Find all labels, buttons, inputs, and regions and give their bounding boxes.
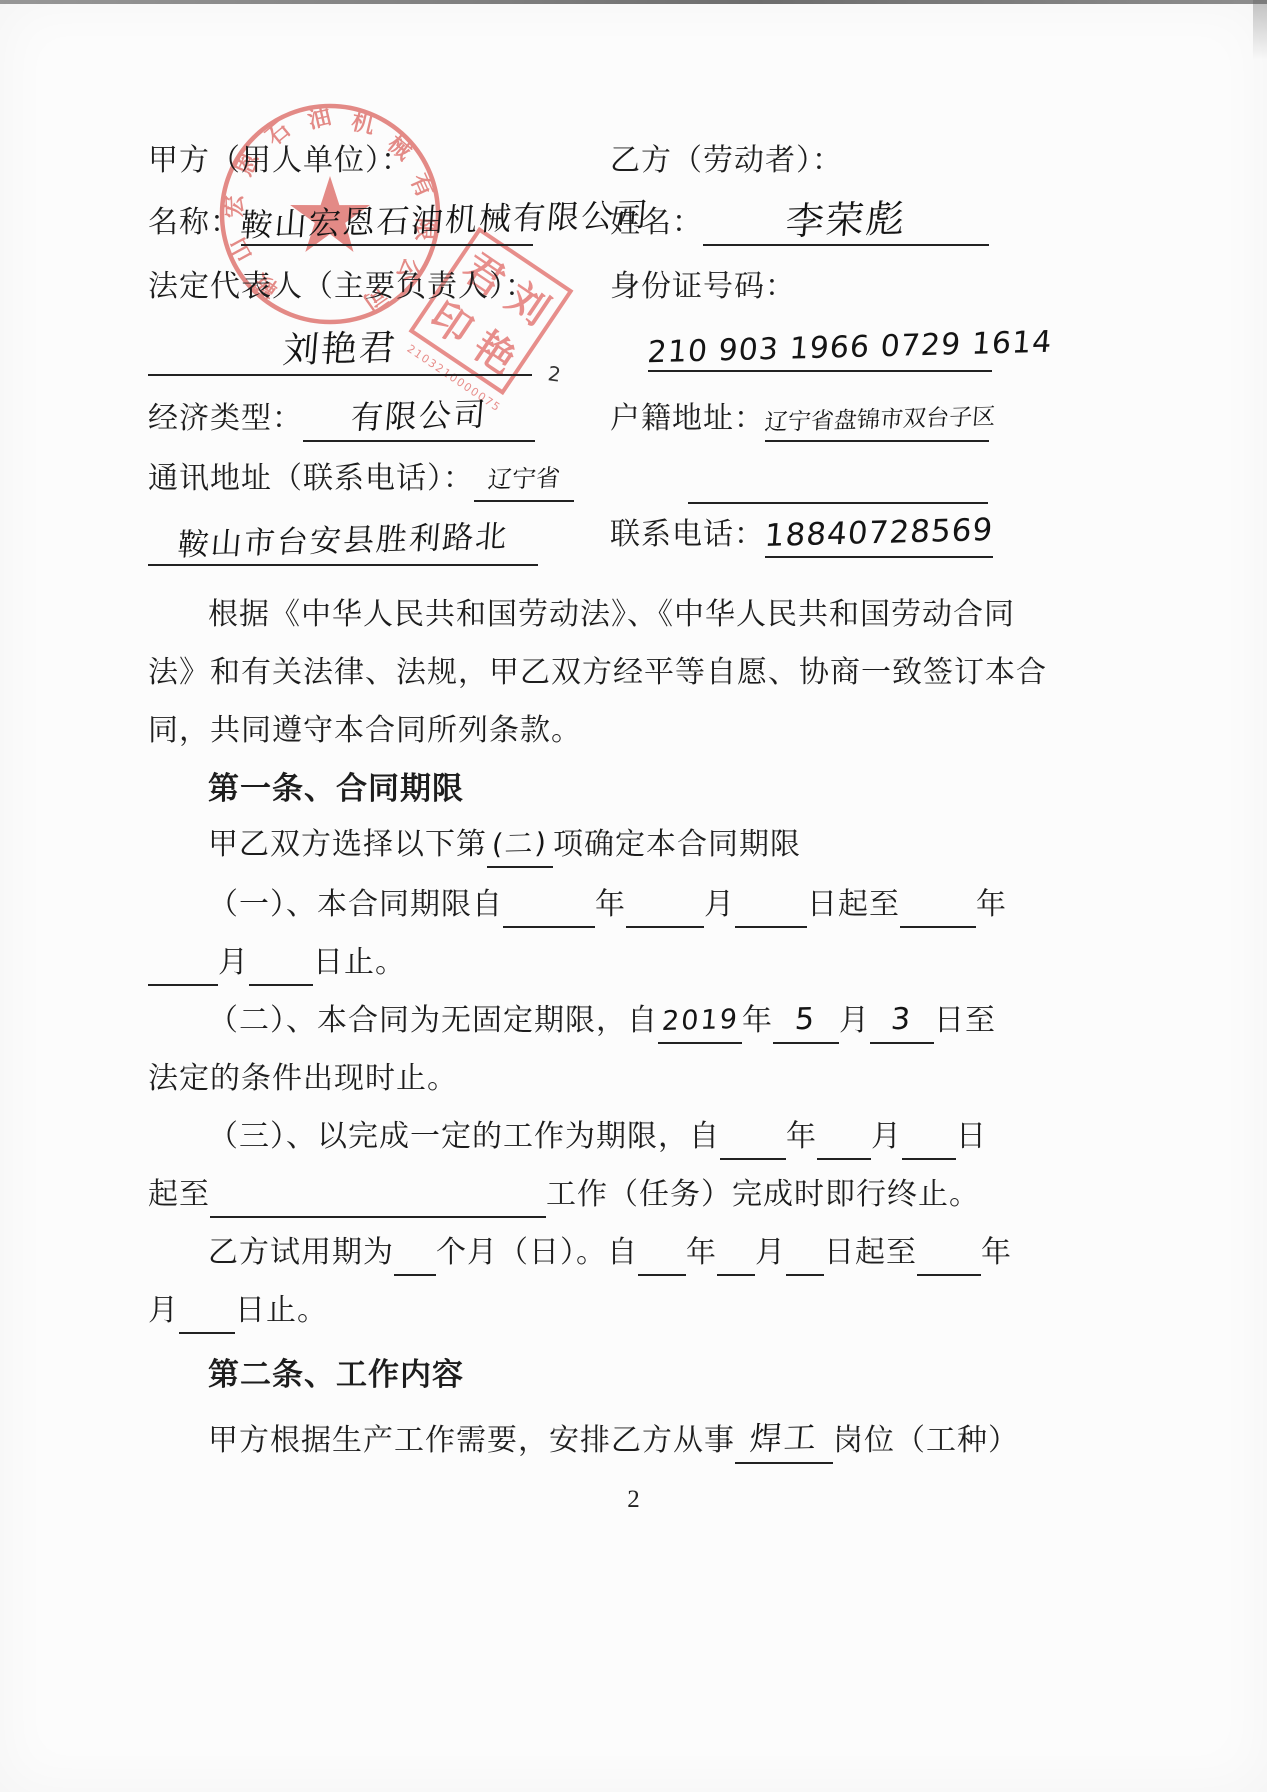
party-a-addr-value1: 辽宁省 <box>486 458 561 500</box>
party-b-name-blank: 李荣彪 <box>703 200 989 246</box>
item1-text: 年 <box>595 888 626 921</box>
preamble-line3: 同，共同遵守本合同所列条款。 <box>148 708 582 754</box>
article1-item2-line1: （二）、本合同为无固定期限，自2019年5月3日至 <box>208 998 996 1044</box>
item1-text: （一）、本合同期限自 <box>208 888 503 921</box>
party-a-rep-value: 刘艳君 <box>281 329 398 372</box>
party-b-phone-row: 联系电话：18840728569 <box>610 512 993 558</box>
probation-text: 月 <box>755 1236 786 1269</box>
seal-arc-char: 机 <box>349 109 377 140</box>
item1-text: 日止。 <box>313 946 406 979</box>
party-a-econ-row: 经济类型：有限公司 <box>148 396 535 442</box>
item2-year-blank: 2019 <box>658 998 742 1044</box>
party-b-phone-blank: 18840728569 <box>765 512 993 558</box>
party-b-residence-row2 <box>688 458 988 504</box>
probation-text: 个月（日）。自 <box>436 1236 638 1269</box>
probation-month-blank <box>717 1230 755 1276</box>
party-a-name-blank: 鞍山宏恩石油机械有限公司 <box>241 200 533 246</box>
probation-line1: 乙方试用期为个月（日）。自年月日起至年 <box>208 1230 1012 1276</box>
probation-text: 年 <box>981 1236 1012 1269</box>
item3-text: 月 <box>871 1120 902 1153</box>
party-b-residence-value: 辽宁省盘锦市双台子区 <box>763 397 997 443</box>
article1-select-row: 甲乙双方选择以下第(二)项确定本合同期限 <box>208 822 801 868</box>
item3-day-blank <box>902 1114 956 1160</box>
party-a-econ-blank: 有限公司 <box>303 396 535 442</box>
probation-line2: 月日止。 <box>148 1288 328 1334</box>
item1-text: 年 <box>976 888 1007 921</box>
article1-item1-line1: （一）、本合同期限自年月日起至年 <box>208 882 1007 928</box>
select-blank: (二) <box>487 822 553 868</box>
party-a-rep-blank: 刘艳君 <box>148 330 532 376</box>
party-a-econ-label: 经济类型： <box>148 402 303 435</box>
item3-text: 日 <box>956 1120 987 1153</box>
item3-task-blank <box>210 1172 546 1218</box>
item3-text: 工作（任务）完成时即行终止。 <box>546 1178 980 1211</box>
party-a-name-value: 鞍山宏恩石油机械有限公司 <box>239 195 651 246</box>
item2-text: 月 <box>839 1004 870 1037</box>
select-pre: 甲乙双方选择以下第 <box>208 828 487 861</box>
item3-month-blank <box>817 1114 871 1160</box>
pencil-mark: 2 <box>546 361 562 387</box>
party-a-addr-row2: 鞍山市台安县胜利路北 <box>148 520 538 566</box>
item1-month-blank <box>626 882 704 928</box>
preamble-line1: 根据《中华人民共和国劳动法》、《中华人民共和国劳动合同 <box>208 592 1015 638</box>
party-a-addr-value2: 鞍山市台安县胜利路北 <box>176 517 510 566</box>
select-post: 项确定本合同期限 <box>553 828 801 861</box>
party-a-addr-blank1: 辽宁省 <box>474 456 574 502</box>
article1-item1-line2: 月日止。 <box>148 940 406 986</box>
article2-work-row: 甲方根据生产工作需要，安排乙方从事焊工岗位（工种） <box>208 1418 1019 1464</box>
item1-year2-blank <box>900 882 976 928</box>
party-b-name-value: 李荣彪 <box>784 198 907 241</box>
item2-year-value: 2019 <box>660 1000 740 1042</box>
probation-text: 月 <box>148 1294 179 1327</box>
probation-text: 乙方试用期为 <box>208 1236 394 1269</box>
party-a-addr-blank2: 鞍山市台安县胜利路北 <box>148 520 538 566</box>
party-b-residence-row: 户籍地址：辽宁省盘锦市双台子区 <box>610 396 989 442</box>
item1-day2-blank <box>249 940 313 986</box>
article1-heading: 第一条、合同期限 <box>208 766 464 812</box>
party-b-phone-value: 18840728569 <box>763 510 995 556</box>
work-position-blank: 焊工 <box>735 1418 833 1464</box>
party-b-id-value: 210 903 1966 0729 1614 <box>646 323 1054 374</box>
item2-text: 年 <box>742 1004 773 1037</box>
party-a-name-label: 名称： <box>148 206 241 239</box>
article1-item3-line2: 起至工作（任务）完成时即行终止。 <box>148 1172 980 1218</box>
party-b-id-label: 身份证号码： <box>610 264 796 310</box>
item1-text: 月 <box>218 946 249 979</box>
probation-day-blank <box>786 1230 824 1276</box>
probation-text: 日止。 <box>235 1294 328 1327</box>
probation-text: 年 <box>686 1236 717 1269</box>
contract-page: 鞍 山 宏 恩 石 油 机 械 有 限 公 司 君 刘 印 艳 21032100… <box>0 0 1267 1792</box>
article1-item2-line2: 法定的条件出现时止。 <box>148 1056 458 1102</box>
item2-day-value: 3 <box>890 1000 914 1041</box>
item1-year-blank <box>503 882 595 928</box>
item1-text: 日起至 <box>807 888 900 921</box>
item2-text: 日至 <box>934 1004 996 1037</box>
preamble-line2: 法》和有关法律、法规，甲乙双方经平等自愿、协商一致签订本合 <box>148 650 1047 696</box>
party-a-econ-value: 有限公司 <box>349 394 488 438</box>
scan-artifact <box>1253 0 1267 60</box>
item3-text: （三）、以完成一定的工作为期限，自 <box>208 1120 720 1153</box>
party-a-addr-label: 通讯地址（联系电话）： <box>148 462 474 495</box>
party-a-rep-row: 刘艳君 <box>148 330 532 376</box>
article1-item3-line1: （三）、以完成一定的工作为期限，自年月日 <box>208 1114 987 1160</box>
item1-month2-blank <box>148 940 218 986</box>
party-a-addr-row: 通讯地址（联系电话）：辽宁省 <box>148 456 574 502</box>
work-text: 甲方根据生产工作需要，安排乙方从事 <box>208 1424 735 1457</box>
party-b-name-row: 姓名：李荣彪 <box>610 200 989 246</box>
item1-day-blank <box>735 882 807 928</box>
item1-text: 月 <box>704 888 735 921</box>
item2-month-blank: 5 <box>773 998 839 1044</box>
select-value: (二) <box>490 823 549 864</box>
item2-day-blank: 3 <box>870 998 934 1044</box>
party-a-title: 甲方（用人单位）： <box>148 138 412 184</box>
item3-text: 起至 <box>148 1178 210 1211</box>
work-position-value: 焊工 <box>748 1417 819 1459</box>
probation-year2-blank <box>917 1230 981 1276</box>
probation-year-blank <box>638 1230 686 1276</box>
party-b-id-blank: 210 903 1966 0729 1614 <box>648 326 992 372</box>
party-b-residence-blank: 辽宁省盘锦市双台子区 <box>765 396 989 442</box>
party-b-residence-label: 户籍地址： <box>610 402 765 435</box>
scan-border-top <box>0 0 1267 4</box>
work-text: 岗位（工种） <box>833 1424 1019 1457</box>
party-b-id-row: 210 903 1966 0729 1614 <box>648 326 992 372</box>
party-b-name-label: 姓名： <box>610 206 703 239</box>
page-number: 2 <box>0 1486 1267 1514</box>
party-b-phone-label: 联系电话： <box>610 518 765 551</box>
item2-month-value: 5 <box>794 1000 818 1041</box>
party-a-name-row: 名称：鞍山宏恩石油机械有限公司 <box>148 200 533 246</box>
item2-text: （二）、本合同为无固定期限，自 <box>208 1004 658 1037</box>
article2-heading: 第二条、工作内容 <box>208 1352 464 1398</box>
party-b-title: 乙方（劳动者）： <box>610 138 843 184</box>
party-b-residence-blank2 <box>688 458 988 504</box>
party-a-rep-label: 法定代表人（主要负责人）： <box>148 264 536 310</box>
item3-text: 年 <box>786 1120 817 1153</box>
probation-text: 日起至 <box>824 1236 917 1269</box>
probation-day2-blank <box>179 1288 235 1334</box>
probation-months-blank <box>394 1230 436 1276</box>
item3-year-blank <box>720 1114 786 1160</box>
